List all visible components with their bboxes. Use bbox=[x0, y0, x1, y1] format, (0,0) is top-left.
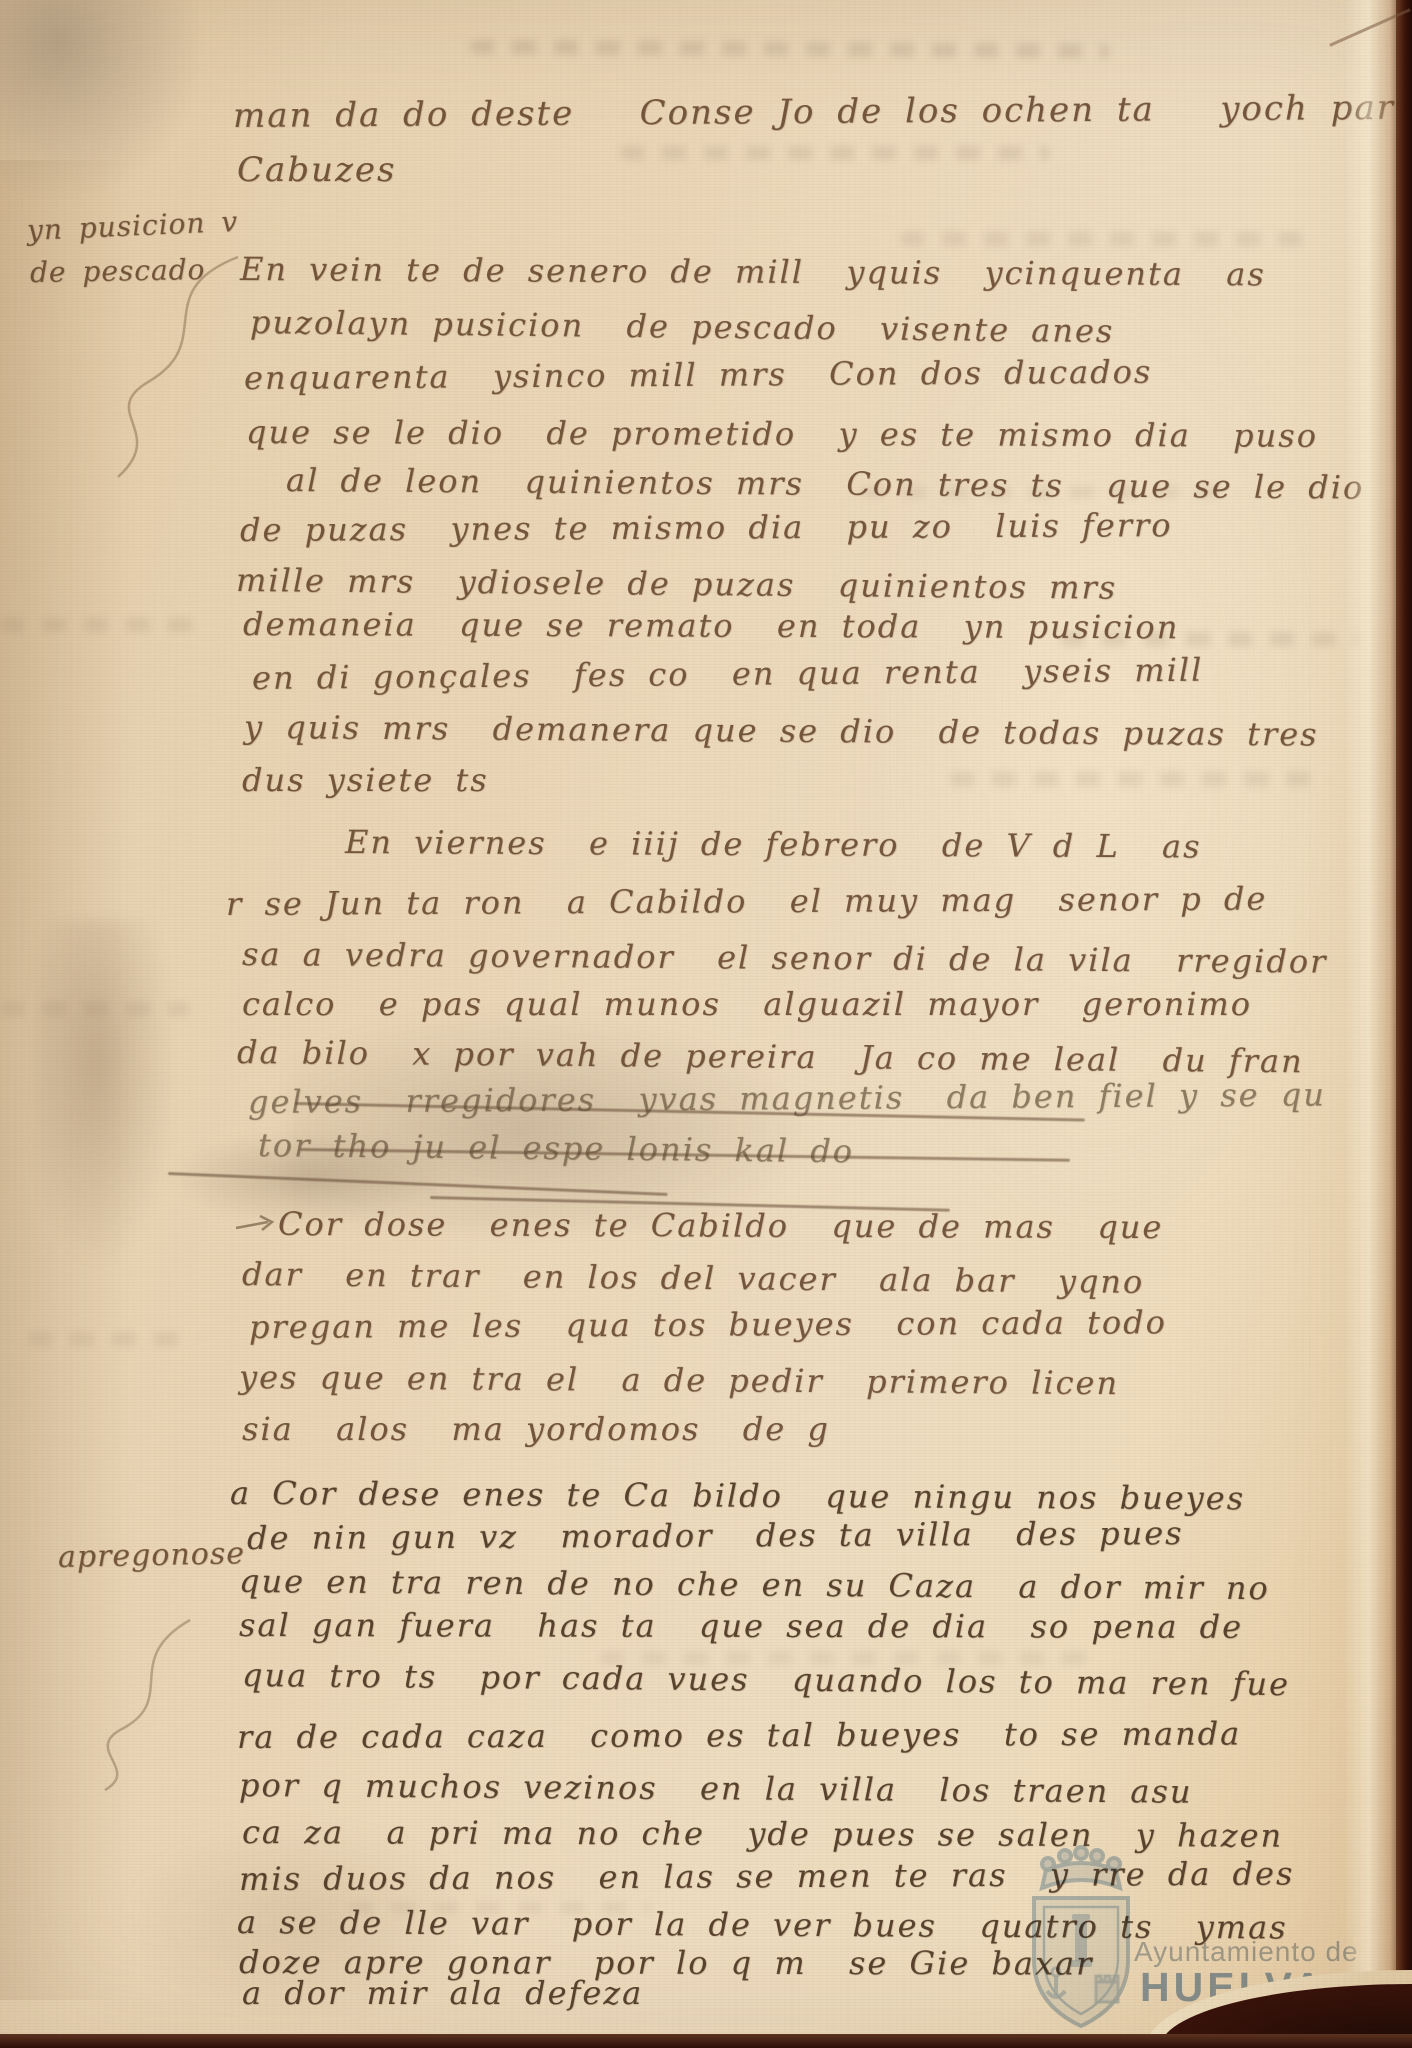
manuscript-line: puzolayn pusicion de pescado visente ane… bbox=[250, 303, 1115, 350]
scanned-manuscript-page: { "ms": { "heading": [ "man da do deste … bbox=[0, 0, 1412, 2048]
manuscript-line: que en tra ren de no che en su Caza a do… bbox=[239, 1562, 1270, 1607]
manuscript-line: En viernes e iiij de febrero de V d L as bbox=[345, 823, 1202, 865]
manuscript-line: que se le dio de prometido y es te mismo… bbox=[246, 413, 1318, 455]
manuscript-line: calco e pas qual munos alguazil mayor ge… bbox=[242, 985, 1252, 1023]
manuscript-line: pregan me les qua tos bueyes con cada to… bbox=[249, 1303, 1167, 1346]
manuscript-line: En vein te de senero de mill yquis ycinq… bbox=[240, 250, 1266, 293]
margin-note: de pescado bbox=[30, 253, 206, 289]
bleedthrough-mark bbox=[0, 618, 210, 632]
margin-note: yn pusicion v bbox=[26, 205, 239, 247]
manuscript-line: sal gan fuera has ta que sea de dia so p… bbox=[239, 1606, 1243, 1646]
manuscript-line: sia alos ma yordomos de g bbox=[242, 1410, 830, 1448]
manuscript-line: Cor dose enes te Cabildo que de mas que bbox=[278, 1205, 1163, 1246]
bleedthrough-mark bbox=[620, 146, 1050, 160]
watermark-text: HUELVA bbox=[1140, 1964, 1326, 2011]
manuscript-line: da bilo x por vah de pereira Ja co me le… bbox=[237, 1033, 1304, 1080]
manuscript-line: dus ysiete ts bbox=[242, 761, 489, 799]
manuscript-line: ra de cada caza como es tal bueyes to se… bbox=[237, 1714, 1241, 1756]
manuscript-line: dar en trar en los del vacer ala bar yqn… bbox=[242, 1255, 1145, 1301]
bleedthrough-mark bbox=[470, 40, 1110, 58]
corner-fold-smudge bbox=[0, 0, 210, 210]
manuscript-line: mis duos da nos en las se men te ras y r… bbox=[239, 1854, 1295, 1898]
manuscript-line: por q muchos vezinos en la villa los tra… bbox=[239, 1766, 1193, 1811]
margin-note: apregonose bbox=[58, 1536, 246, 1575]
strikethrough-stroke bbox=[168, 1172, 668, 1196]
binding-corner-dark bbox=[1160, 1984, 1412, 2048]
binding-edge-bottom bbox=[0, 2034, 1412, 2048]
parchment-page: man da do deste Conse Jo de los ochen ta… bbox=[0, 0, 1412, 2048]
manuscript-line: demaneia que se remato en toda yn pusici… bbox=[243, 605, 1179, 646]
bleedthrough-mark bbox=[0, 1002, 190, 1016]
manuscript-line: de nin gun vz morador des ta villa des p… bbox=[247, 1514, 1184, 1557]
underpage-line bbox=[1329, 8, 1411, 47]
page-corner-edge bbox=[1146, 1970, 1412, 2048]
manuscript-line-struck: gelves rregidores yvas magnetis da ben f… bbox=[248, 1075, 1326, 1121]
manuscript-line: y quis mrs demanera que se dio de todas … bbox=[244, 708, 1319, 754]
bleedthrough-mark bbox=[950, 772, 1330, 786]
manuscript-line: Cabuzes bbox=[237, 150, 396, 190]
manuscript-line: enquarenta ysinco mill mrs Con dos ducad… bbox=[244, 353, 1153, 397]
bleedthrough-mark bbox=[900, 232, 1320, 246]
manuscript-line: yes que en tra el a de pedir primero lic… bbox=[239, 1358, 1119, 1402]
manuscript-line: a Cor dese enes te Ca bildo que ningu no… bbox=[230, 1474, 1245, 1517]
margin-flourish bbox=[80, 1610, 210, 1800]
manuscript-line: en di gonçales fes co en qua renta yseis… bbox=[252, 651, 1204, 697]
manuscript-line: mille mrs ydiosele de puzas quinientos m… bbox=[236, 561, 1118, 607]
left-edge-stain bbox=[0, 160, 160, 2000]
paragraph-pointer-mark bbox=[234, 1214, 280, 1236]
manuscript-line: qua tro ts por cada vues quando los to m… bbox=[242, 1656, 1290, 1703]
manuscript-line: sa a vedra governador el senor di de la … bbox=[242, 935, 1328, 981]
bleedthrough-mark bbox=[28, 1332, 198, 1346]
binding-edge-right bbox=[1396, 0, 1412, 2048]
manuscript-line: de puzas ynes te mismo dia pu zo luis fe… bbox=[240, 506, 1173, 549]
manuscript-line: al de leon quinientos mrs Con tres ts qu… bbox=[286, 461, 1364, 507]
manuscript-line: man da do deste Conse Jo de los ochen ta… bbox=[233, 88, 1395, 136]
page-curl-highlight bbox=[1344, 0, 1398, 2048]
manuscript-line: ca za a pri ma no che yde pues se salen … bbox=[242, 1813, 1283, 1855]
manuscript-line-struck: tor tho ju el espe lonis kal do bbox=[258, 1126, 854, 1170]
manuscript-line: r se Jun ta ron a Cabildo el muy mag sen… bbox=[226, 880, 1267, 923]
margin-blotch bbox=[35, 920, 175, 1270]
manuscript-line: a se de lle var por la de ver bues quatr… bbox=[237, 1903, 1288, 1947]
manuscript-line: a dor mir ala defeza bbox=[242, 1974, 643, 2012]
